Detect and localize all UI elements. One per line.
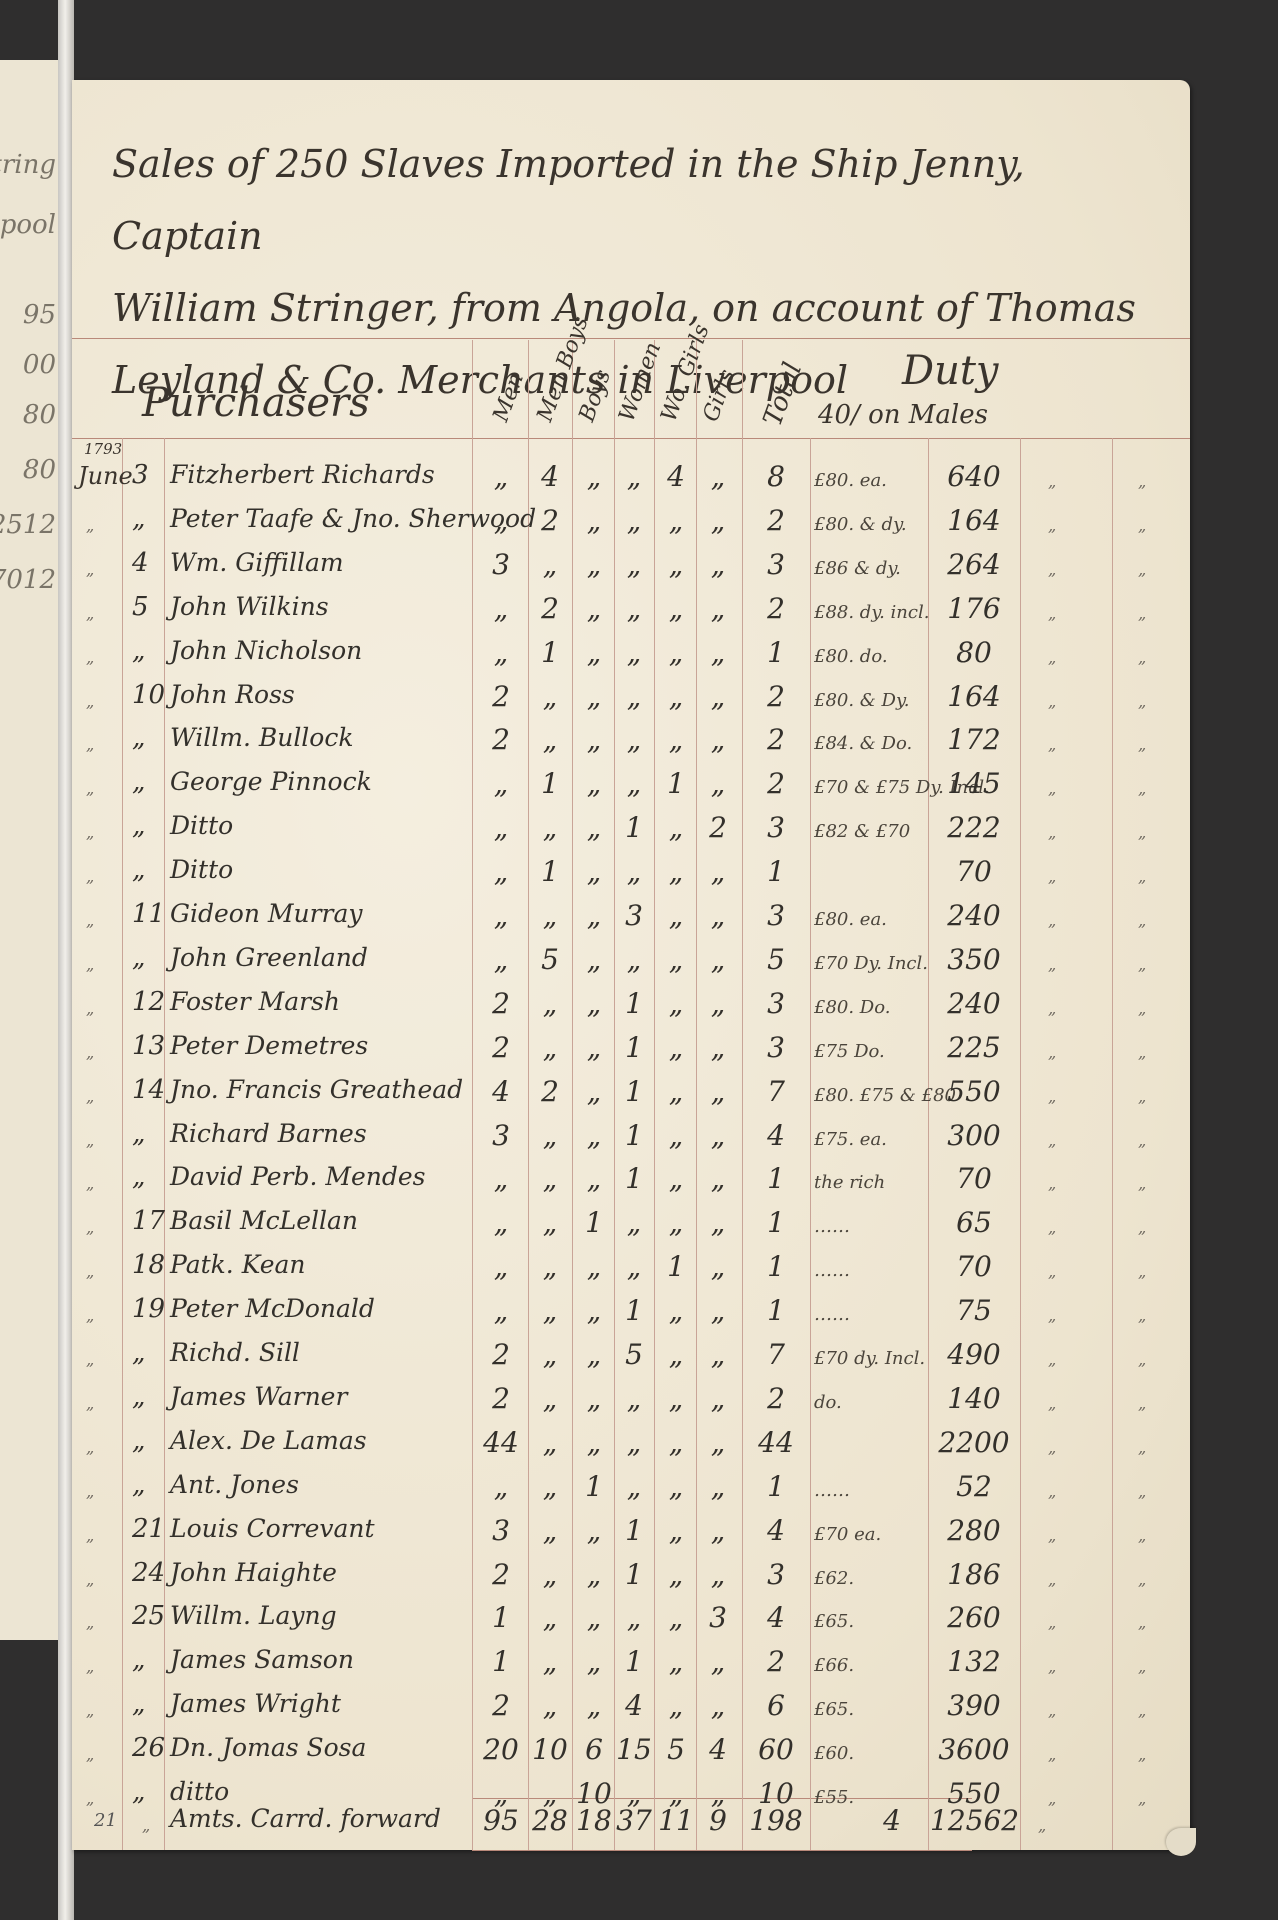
ditto-mark: „ bbox=[86, 516, 94, 535]
women-girls-count: 4 bbox=[656, 460, 696, 493]
men-boys-count: „ bbox=[530, 987, 570, 1020]
price-rate: £62. bbox=[814, 1568, 854, 1589]
table-row: „ 14 Jno. Francis Greathead 4 2 „ 1 „ „ … bbox=[72, 1075, 1190, 1119]
men-boys-count: 1 bbox=[530, 767, 570, 800]
purchaser-name: John Ross bbox=[170, 680, 295, 709]
sale-day: „ bbox=[132, 723, 145, 753]
ditto-mark: „ bbox=[1138, 1306, 1146, 1325]
girls-count: „ bbox=[698, 1645, 738, 1678]
table-row: 3 Fitzherbert Richards „ 4 „ „ 4 „ 8 £80… bbox=[72, 460, 1190, 504]
girls-count: 4 bbox=[698, 1733, 738, 1766]
ditto-mark: „ bbox=[86, 1174, 94, 1193]
price-rate: £84. & Do. bbox=[814, 733, 912, 754]
ditto-mark: „ bbox=[1048, 1438, 1056, 1457]
men-count: 2 bbox=[478, 1382, 524, 1415]
table-row: „ 19 Peter McDonald „ „ „ 1 „ „ 1 …… 75 … bbox=[72, 1294, 1190, 1338]
ditto-mark: „ bbox=[1138, 1657, 1146, 1676]
men-count: „ bbox=[478, 855, 524, 888]
ditto-mark: „ bbox=[1048, 1613, 1056, 1632]
boys-count: „ bbox=[574, 504, 614, 537]
women-girls-count: „ bbox=[656, 1470, 696, 1503]
women-girls-count: „ bbox=[656, 1382, 696, 1415]
row-total: 2 bbox=[744, 767, 808, 800]
women-girls-count: „ bbox=[656, 1426, 696, 1459]
price-rate: £75 Do. bbox=[814, 1041, 885, 1062]
boys-count: „ bbox=[574, 1294, 614, 1327]
men-boys-count: 5 bbox=[530, 943, 570, 976]
men-boys-count: „ bbox=[530, 1294, 570, 1327]
girls-count: „ bbox=[698, 1470, 738, 1503]
table-row: „ 24 John Haighte 2 „ „ 1 „ „ 3 £62. 186… bbox=[72, 1558, 1190, 1602]
ditto-mark: „ bbox=[1138, 560, 1146, 579]
women-girls-count: „ bbox=[656, 636, 696, 669]
boys-count: „ bbox=[574, 1601, 614, 1634]
ditto-mark: „ bbox=[1048, 1570, 1056, 1589]
header-duty-sub: 40/ on Males bbox=[818, 400, 988, 430]
sale-day: „ bbox=[132, 636, 145, 666]
women-girls-count: „ bbox=[656, 943, 696, 976]
men-count: „ bbox=[478, 1470, 524, 1503]
women-girls-count: 1 bbox=[656, 767, 696, 800]
purchaser-name: Ditto bbox=[170, 855, 233, 884]
table-row: „ „ Peter Taafe & Jno. Sherwood „ 2 „ „ … bbox=[72, 504, 1190, 548]
boys-count: „ bbox=[574, 1119, 614, 1152]
purchaser-name: James Wright bbox=[170, 1689, 341, 1718]
men-count: 2 bbox=[478, 1558, 524, 1591]
ditto-mark: „ bbox=[1138, 1131, 1146, 1150]
sale-day: 26 bbox=[132, 1733, 165, 1763]
row-total: 7 bbox=[744, 1338, 808, 1371]
women-girls-count: „ bbox=[656, 855, 696, 888]
purchaser-name: Patk. Kean bbox=[170, 1250, 306, 1279]
ditto-mark: „ bbox=[1138, 1570, 1146, 1589]
ditto-mark: „ bbox=[1048, 823, 1056, 842]
page-number: 21 bbox=[94, 1810, 117, 1831]
price-rate: £88. dy. incl. bbox=[814, 602, 929, 623]
ditto-mark: „ bbox=[1138, 867, 1146, 886]
ditto-mark: „ bbox=[1138, 911, 1146, 930]
men-boys-count: „ bbox=[530, 1338, 570, 1371]
purchaser-name: Willm. Bullock bbox=[170, 723, 354, 752]
purchaser-name: ditto bbox=[170, 1777, 229, 1806]
girls-count: „ bbox=[698, 636, 738, 669]
girls-count: „ bbox=[698, 680, 738, 713]
row-total: 3 bbox=[744, 1031, 808, 1064]
ditto-mark: „ bbox=[86, 648, 94, 667]
men-boys-count: „ bbox=[530, 1689, 570, 1722]
girls-count: „ bbox=[698, 1338, 738, 1371]
table-row: „ 12 Foster Marsh 2 „ „ 1 „ „ 3 £80. Do.… bbox=[72, 987, 1190, 1031]
ditto-mark: „ bbox=[86, 955, 94, 974]
table-row: „ „ Willm. Bullock 2 „ „ „ „ „ 2 £84. & … bbox=[72, 723, 1190, 767]
girls-count: „ bbox=[698, 1558, 738, 1591]
amount: 3600 bbox=[930, 1733, 1018, 1766]
facing-page-fragment: 2512 bbox=[0, 510, 56, 540]
ditto-mark: „ bbox=[86, 1613, 94, 1632]
men-count: „ bbox=[478, 767, 524, 800]
total-women-girls: 11 bbox=[656, 1804, 696, 1837]
men-count: 1 bbox=[478, 1645, 524, 1678]
women-count: 1 bbox=[614, 1075, 654, 1108]
header-purchasers: Purchasers bbox=[142, 380, 370, 426]
ditto-mark: „ bbox=[1138, 1482, 1146, 1501]
sale-day: 21 bbox=[132, 1514, 165, 1544]
purchaser-name: James Samson bbox=[170, 1645, 354, 1674]
total-women: 37 bbox=[614, 1804, 654, 1837]
men-boys-count: 1 bbox=[530, 636, 570, 669]
women-girls-count: „ bbox=[656, 1294, 696, 1327]
sale-day: 18 bbox=[132, 1250, 165, 1280]
table-row: „ „ Richd. Sill 2 „ „ 5 „ „ 7 £70 dy. In… bbox=[72, 1338, 1190, 1382]
women-count: 1 bbox=[614, 1119, 654, 1152]
table-row: „ 10 John Ross 2 „ „ „ „ „ 2 £80. & Dy. … bbox=[72, 680, 1190, 724]
ditto-mark: „ bbox=[86, 1350, 94, 1369]
boys-count: „ bbox=[574, 592, 614, 625]
boys-count: „ bbox=[574, 1075, 614, 1108]
total-men-boys: 28 bbox=[530, 1804, 570, 1837]
men-boys-count: „ bbox=[530, 899, 570, 932]
ditto-mark: „ bbox=[1048, 1218, 1056, 1237]
price-rate: £80. & dy. bbox=[814, 514, 907, 535]
girls-count: „ bbox=[698, 1162, 738, 1195]
sale-day: „ bbox=[132, 943, 145, 973]
men-boys-count: „ bbox=[530, 1645, 570, 1678]
price-rate: …… bbox=[814, 1216, 850, 1237]
table-row: „ „ John Nicholson „ 1 „ „ „ „ 1 £80. do… bbox=[72, 636, 1190, 680]
sale-day: 17 bbox=[132, 1206, 165, 1236]
boys-count: „ bbox=[574, 1558, 614, 1591]
amount: 70 bbox=[930, 1250, 1018, 1283]
purchaser-name: Wm. Giffillam bbox=[170, 548, 344, 577]
purchaser-name: Jno. Francis Greathead bbox=[170, 1075, 463, 1104]
women-girls-count: „ bbox=[656, 1031, 696, 1064]
boys-count: „ bbox=[574, 1338, 614, 1371]
ditto-mark: „ bbox=[86, 1657, 94, 1676]
ditto-mark: „ bbox=[86, 735, 94, 754]
row-total: 8 bbox=[744, 460, 808, 493]
amount: 222 bbox=[930, 811, 1018, 844]
ditto-mark: „ bbox=[1048, 1657, 1056, 1676]
facing-page-fragment: 95 bbox=[23, 300, 56, 330]
amount: 80 bbox=[930, 636, 1018, 669]
ditto-mark: „ bbox=[1048, 1174, 1056, 1193]
men-boys-count: 2 bbox=[530, 592, 570, 625]
row-total: 3 bbox=[744, 987, 808, 1020]
men-count: „ bbox=[478, 1294, 524, 1327]
girls-count: „ bbox=[698, 767, 738, 800]
amount: 70 bbox=[930, 855, 1018, 888]
table-row: „ 21 Louis Correvant 3 „ „ 1 „ „ 4 £70 e… bbox=[72, 1514, 1190, 1558]
girls-count: „ bbox=[698, 548, 738, 581]
facing-page-fragment: 7012 bbox=[0, 565, 56, 595]
ditto-mark: „ bbox=[1048, 955, 1056, 974]
title-line-1: Sales of 250 Slaves Imported in the Ship… bbox=[112, 128, 1172, 272]
ditto-mark: „ bbox=[86, 1526, 94, 1545]
women-girls-count: „ bbox=[656, 723, 696, 756]
grand-total: 198 bbox=[744, 1804, 808, 1837]
purchaser-name: Peter Demetres bbox=[170, 1031, 368, 1060]
table-row: „ „ Ditto „ 1 „ „ „ „ 1 70 „ „ bbox=[72, 855, 1190, 899]
men-boys-count: 1 bbox=[530, 855, 570, 888]
price-rate: …… bbox=[814, 1260, 850, 1281]
ditto-mark: „ bbox=[1138, 604, 1146, 623]
girls-count: „ bbox=[698, 1119, 738, 1152]
men-count: „ bbox=[478, 504, 524, 537]
price-rate: do. bbox=[814, 1392, 842, 1413]
ditto-mark: „ bbox=[1048, 999, 1056, 1018]
purchaser-name: Alex. De Lamas bbox=[170, 1426, 367, 1455]
ditto-mark: „ bbox=[1138, 1613, 1146, 1632]
amount: 132 bbox=[930, 1645, 1018, 1678]
sale-day: 25 bbox=[132, 1601, 165, 1631]
ditto-mark: „ bbox=[1138, 735, 1146, 754]
women-girls-count: 1 bbox=[656, 1250, 696, 1283]
men-count: „ bbox=[478, 592, 524, 625]
ditto-mark: „ bbox=[86, 1262, 94, 1281]
sale-day: „ bbox=[132, 1426, 145, 1456]
row-total: 2 bbox=[744, 504, 808, 537]
table-row: „ „ Ditto „ „ „ 1 „ 2 3 £82 & £70 222 „ … bbox=[72, 811, 1190, 855]
ditto-mark: „ bbox=[1048, 560, 1056, 579]
amount: 176 bbox=[930, 592, 1018, 625]
row-total: 3 bbox=[744, 548, 808, 581]
ditto-mark: „ bbox=[86, 1306, 94, 1325]
purchaser-name: Fitzherbert Richards bbox=[170, 460, 435, 489]
boys-count: „ bbox=[574, 1426, 614, 1459]
total-rule bbox=[472, 1850, 972, 1851]
ditto-mark: „ bbox=[1048, 1306, 1056, 1325]
ditto-mark: „ bbox=[86, 1131, 94, 1150]
facing-page-fragment: 80 bbox=[23, 455, 56, 485]
amount: 70 bbox=[930, 1162, 1018, 1195]
row-total: 1 bbox=[744, 855, 808, 888]
men-count: 2 bbox=[478, 1031, 524, 1064]
row-total: 60 bbox=[744, 1733, 808, 1766]
men-count: 2 bbox=[478, 987, 524, 1020]
ditto-mark: „ bbox=[1138, 999, 1146, 1018]
men-boys-count: 2 bbox=[530, 504, 570, 537]
girls-count: „ bbox=[698, 1294, 738, 1327]
row-total: 3 bbox=[744, 811, 808, 844]
men-boys-count: 10 bbox=[530, 1733, 570, 1766]
ditto-mark: „ bbox=[86, 867, 94, 886]
men-count: „ bbox=[478, 811, 524, 844]
men-boys-count: „ bbox=[530, 1250, 570, 1283]
table-row: „ „ Richard Barnes 3 „ „ 1 „ „ 4 £75. ea… bbox=[72, 1119, 1190, 1163]
ditto-mark: „ bbox=[1048, 1394, 1056, 1413]
men-boys-count: „ bbox=[530, 680, 570, 713]
women-girls-count: „ bbox=[656, 1119, 696, 1152]
boys-count: 1 bbox=[574, 1470, 614, 1503]
women-count: 1 bbox=[614, 987, 654, 1020]
boys-count: „ bbox=[574, 811, 614, 844]
ditto-mark: „ bbox=[1048, 692, 1056, 711]
ditto-mark: „ bbox=[1138, 1262, 1146, 1281]
men-count: 3 bbox=[478, 1119, 524, 1152]
row-total: 1 bbox=[744, 1206, 808, 1239]
amount: 2200 bbox=[930, 1426, 1018, 1459]
year-label: 1793 bbox=[84, 440, 122, 458]
ditto-mark: „ bbox=[86, 692, 94, 711]
sale-day: 14 bbox=[132, 1075, 165, 1105]
price-rate: £80. & Dy. bbox=[814, 690, 909, 711]
table-row: „ „ James Warner 2 „ „ „ „ „ 2 do. 140 „… bbox=[72, 1382, 1190, 1426]
purchaser-name: John Nicholson bbox=[170, 636, 362, 665]
women-count: 1 bbox=[614, 1645, 654, 1678]
sale-day: 19 bbox=[132, 1294, 165, 1324]
ditto-mark: „ bbox=[1138, 1438, 1146, 1457]
women-count: 1 bbox=[614, 1031, 654, 1064]
girls-count: „ bbox=[698, 460, 738, 493]
girls-count: „ bbox=[698, 592, 738, 625]
girls-count: „ bbox=[698, 504, 738, 537]
women-girls-count: „ bbox=[656, 1338, 696, 1371]
women-girls-count: „ bbox=[656, 1514, 696, 1547]
women-girls-count: „ bbox=[656, 548, 696, 581]
row-total: 3 bbox=[744, 899, 808, 932]
men-boys-count: „ bbox=[530, 1119, 570, 1152]
row-total: 1 bbox=[744, 1470, 808, 1503]
amount: 300 bbox=[930, 1119, 1018, 1152]
total-boys: 18 bbox=[574, 1804, 614, 1837]
girls-count: „ bbox=[698, 1206, 738, 1239]
boys-count: „ bbox=[574, 548, 614, 581]
ditto-mark: „ bbox=[1138, 1218, 1146, 1237]
amount: 186 bbox=[930, 1558, 1018, 1591]
ledger-page: Sales of 250 Slaves Imported in the Ship… bbox=[72, 80, 1190, 1850]
girls-count: „ bbox=[698, 855, 738, 888]
price-rate: £70 ea. bbox=[814, 1524, 881, 1545]
men-count: 20 bbox=[478, 1733, 524, 1766]
purchaser-name: Ant. Jones bbox=[170, 1470, 299, 1499]
purchaser-name: Louis Correvant bbox=[170, 1514, 375, 1543]
women-count: „ bbox=[614, 1470, 654, 1503]
header-rule bbox=[72, 438, 1190, 439]
price-rate: £65. bbox=[814, 1699, 854, 1720]
women-count: „ bbox=[614, 592, 654, 625]
women-girls-count: „ bbox=[656, 811, 696, 844]
amount: 75 bbox=[930, 1294, 1018, 1327]
women-count: „ bbox=[614, 548, 654, 581]
men-count: „ bbox=[478, 636, 524, 669]
women-count: „ bbox=[614, 460, 654, 493]
purchaser-name: Richd. Sill bbox=[170, 1338, 300, 1367]
ditto-mark: „ bbox=[1138, 1350, 1146, 1369]
boys-count: „ bbox=[574, 899, 614, 932]
boys-count: „ bbox=[574, 1645, 614, 1678]
women-girls-count: „ bbox=[656, 987, 696, 1020]
sale-day: „ bbox=[132, 855, 145, 885]
row-total: 2 bbox=[744, 1382, 808, 1415]
sale-day: 10 bbox=[132, 680, 165, 710]
amount: 390 bbox=[930, 1689, 1018, 1722]
ditto-mark: „ bbox=[86, 1482, 94, 1501]
ditto-mark: „ bbox=[86, 823, 94, 842]
sale-day: „ bbox=[132, 1470, 145, 1500]
men-count: „ bbox=[478, 899, 524, 932]
sale-day: 12 bbox=[132, 987, 165, 1017]
women-count: „ bbox=[614, 855, 654, 888]
men-boys-count: „ bbox=[530, 548, 570, 581]
row-total: 4 bbox=[744, 1514, 808, 1547]
women-count: 1 bbox=[614, 1294, 654, 1327]
title-rule bbox=[72, 338, 1190, 339]
row-total: 44 bbox=[744, 1426, 808, 1459]
total-men: 95 bbox=[478, 1804, 524, 1837]
facing-page-fragment: pool bbox=[0, 210, 56, 240]
sale-day: „ bbox=[132, 1382, 145, 1412]
women-count: 1 bbox=[614, 811, 654, 844]
facing-page-fragment: 00 bbox=[23, 350, 56, 380]
boys-count: „ bbox=[574, 1031, 614, 1064]
sale-day: 24 bbox=[132, 1558, 165, 1588]
women-count: „ bbox=[614, 680, 654, 713]
girls-count: „ bbox=[698, 1382, 738, 1415]
amount: 260 bbox=[930, 1601, 1018, 1634]
amount: 240 bbox=[930, 899, 1018, 932]
ditto-mark: „ bbox=[1048, 1526, 1056, 1545]
women-count: 4 bbox=[614, 1689, 654, 1722]
purchaser-name: David Perb. Mendes bbox=[170, 1162, 425, 1191]
purchaser-name: Foster Marsh bbox=[170, 987, 340, 1016]
men-count: 3 bbox=[478, 1514, 524, 1547]
table-row: „ „ David Perb. Mendes „ „ „ 1 „ „ 1 the… bbox=[72, 1162, 1190, 1206]
women-count: 1 bbox=[614, 1558, 654, 1591]
men-count: 2 bbox=[478, 1338, 524, 1371]
amount: 640 bbox=[930, 460, 1018, 493]
carried-forward-label: Amts. Carrd. forward bbox=[170, 1804, 441, 1833]
women-count: „ bbox=[614, 723, 654, 756]
ditto-mark: „ bbox=[1048, 648, 1056, 667]
table-row: „ 26 Dn. Jomas Sosa 20 10 6 15 5 4 60 £6… bbox=[72, 1733, 1190, 1777]
sale-day: 3 bbox=[132, 460, 149, 490]
men-count: „ bbox=[478, 460, 524, 493]
amount: 65 bbox=[930, 1206, 1018, 1239]
women-count: „ bbox=[614, 636, 654, 669]
girls-count: „ bbox=[698, 1075, 738, 1108]
women-girls-count: „ bbox=[656, 1558, 696, 1591]
price-rate: £65. bbox=[814, 1611, 854, 1632]
row-total: 4 bbox=[744, 1601, 808, 1634]
price-rate: £80. do. bbox=[814, 646, 888, 667]
row-total: 2 bbox=[744, 1645, 808, 1678]
table-row: „ 18 Patk. Kean „ „ „ „ 1 „ 1 …… 70 „ „ bbox=[72, 1250, 1190, 1294]
table-row: „ „ John Greenland „ 5 „ „ „ „ 5 £70 Dy.… bbox=[72, 943, 1190, 987]
ditto-mark: „ bbox=[1038, 1816, 1046, 1835]
ditto-mark: „ bbox=[1048, 779, 1056, 798]
row-total: 5 bbox=[744, 943, 808, 976]
men-boys-count: 2 bbox=[530, 1075, 570, 1108]
price-rate: £82 & £70 bbox=[814, 821, 910, 842]
amount: 550 bbox=[930, 1075, 1018, 1108]
row-total: 1 bbox=[744, 1294, 808, 1327]
women-count: 5 bbox=[614, 1338, 654, 1371]
men-count: 4 bbox=[478, 1075, 524, 1108]
women-count: 3 bbox=[614, 899, 654, 932]
purchaser-name: James Warner bbox=[170, 1382, 347, 1411]
title-line-2: William Stringer, from Angola, on accoun… bbox=[112, 272, 1172, 344]
table-row: „ „ James Wright 2 „ „ 4 „ „ 6 £65. 390 … bbox=[72, 1689, 1190, 1733]
ditto-mark: „ bbox=[86, 1745, 94, 1764]
women-girls-count: „ bbox=[656, 1689, 696, 1722]
row-total: 2 bbox=[744, 592, 808, 625]
boys-count: 6 bbox=[574, 1733, 614, 1766]
girls-count: „ bbox=[698, 1426, 738, 1459]
row-total: 1 bbox=[744, 636, 808, 669]
price-rate: £80. ea. bbox=[814, 470, 887, 491]
men-boys-count: „ bbox=[530, 1162, 570, 1195]
men-boys-count: „ bbox=[530, 1470, 570, 1503]
